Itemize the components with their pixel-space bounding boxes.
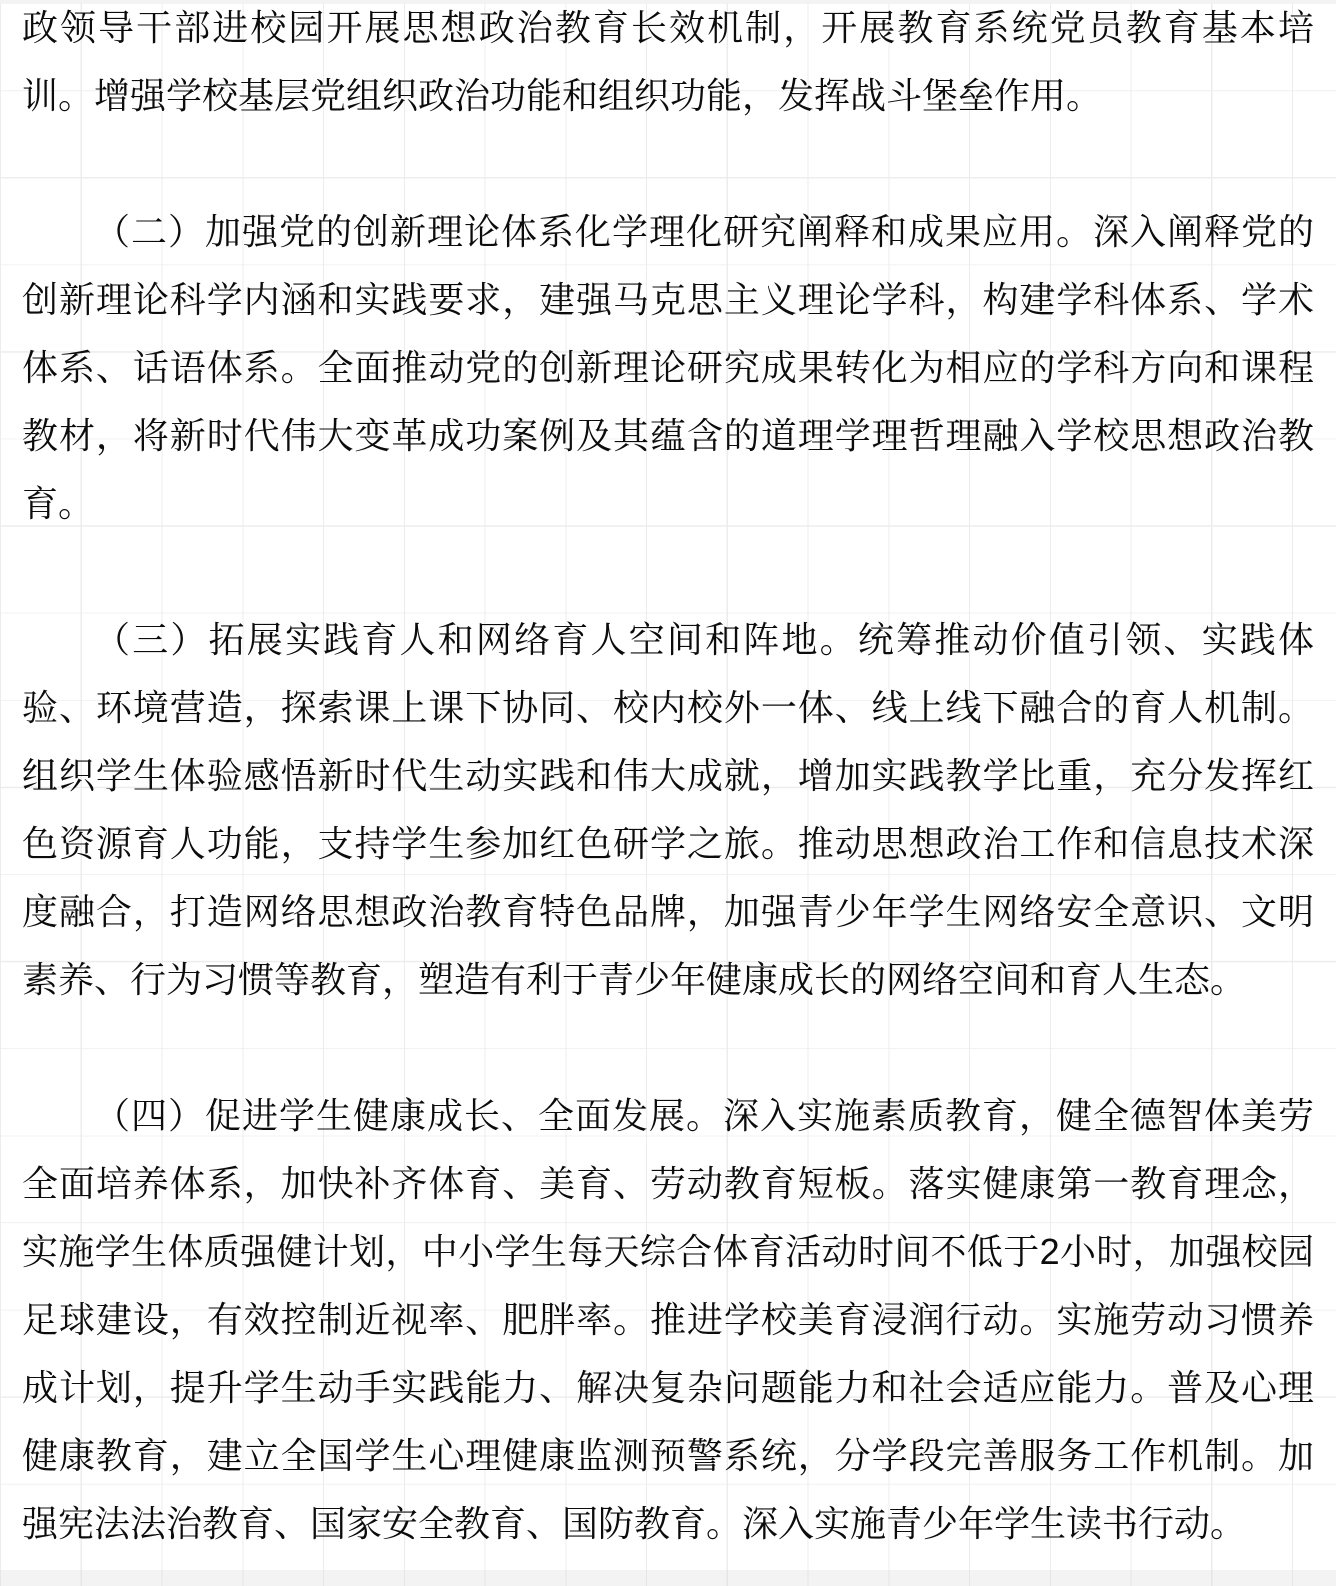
text-line: 育。 [22,470,1314,538]
text-line: （三）拓展实践育人和网络育人空间和阵地。统筹推动价值引领、实践体 [22,606,1314,674]
text-line: （二）加强党的创新理论体系化学理化研究阐释和成果应用。深入阐释党的 [22,198,1314,266]
text-line: 教材，将新时代伟大变革成功案例及其蕴含的道理学理哲理融入学校思想政治教 [22,402,1314,470]
text-line: 强宪法法治教育、国家安全教育、国防教育。深入实施青少年学生读书行动。 [22,1490,1314,1558]
text-line: 素养、行为习惯等教育，塑造有利于青少年健康成长的网络空间和育人生态。 [22,946,1314,1014]
text-line: 实施学生体质强健计划，中小学生每天综合体育活动时间不低于2小时，加强校园 [22,1218,1314,1286]
text-line: 色资源育人功能，支持学生参加红色研学之旅。推动思想政治工作和信息技术深 [22,810,1314,878]
text-line: 训。增强学校基层党组织政治功能和组织功能，发挥战斗堡垒作用。 [22,62,1314,130]
text-line: 足球建设，有效控制近视率、肥胖率。推进学校美育浸润行动。实施劳动习惯养 [22,1286,1314,1354]
paragraph: （二）加强党的创新理论体系化学理化研究阐释和成果应用。深入阐释党的创新理论科学内… [22,198,1314,538]
text-line: 组织学生体验感悟新时代生动实践和伟大成就，增加实践教学比重，充分发挥红 [22,742,1314,810]
bottom-edge-strip [0,1570,1336,1586]
document-text-body: 政领导干部进校园开展思想政治教育长效机制，开展教育系统党员教育基本培训。增强学校… [22,0,1314,1558]
text-line: （四）促进学生健康成长、全面发展。深入实施素质教育，健全德智体美劳 [22,1082,1314,1150]
text-line: 度融合，打造网络思想政治教育特色品牌，加强青少年学生网络安全意识、文明 [22,878,1314,946]
text-line: 验、环境营造，探索课上课下协同、校内校外一体、线上线下融合的育人机制。 [22,674,1314,742]
text-line: 成计划，提升学生动手实践能力、解决复杂问题能力和社会适应能力。普及心理 [22,1354,1314,1422]
text-line: 全面培养体系，加快补齐体育、美育、劳动教育短板。落实健康第一教育理念， [22,1150,1314,1218]
text-line: 体系、话语体系。全面推动党的创新理论研究成果转化为相应的学科方向和课程 [22,334,1314,402]
paragraph: 政领导干部进校园开展思想政治教育长效机制，开展教育系统党员教育基本培训。增强学校… [22,0,1314,130]
paragraph: （四）促进学生健康成长、全面发展。深入实施素质教育，健全德智体美劳全面培养体系，… [22,1082,1314,1558]
paragraph: （三）拓展实践育人和网络育人空间和阵地。统筹推动价值引领、实践体验、环境营造，探… [22,606,1314,1014]
text-line: 政领导干部进校园开展思想政治教育长效机制，开展教育系统党员教育基本培 [22,0,1314,62]
text-line: 创新理论科学内涵和实践要求，建强马克思主义理论学科，构建学科体系、学术 [22,266,1314,334]
text-line: 健康教育，建立全国学生心理健康监测预警系统，分学段完善服务工作机制。加 [22,1422,1314,1490]
document-page: 政领导干部进校园开展思想政治教育长效机制，开展教育系统党员教育基本培训。增强学校… [0,0,1336,1586]
